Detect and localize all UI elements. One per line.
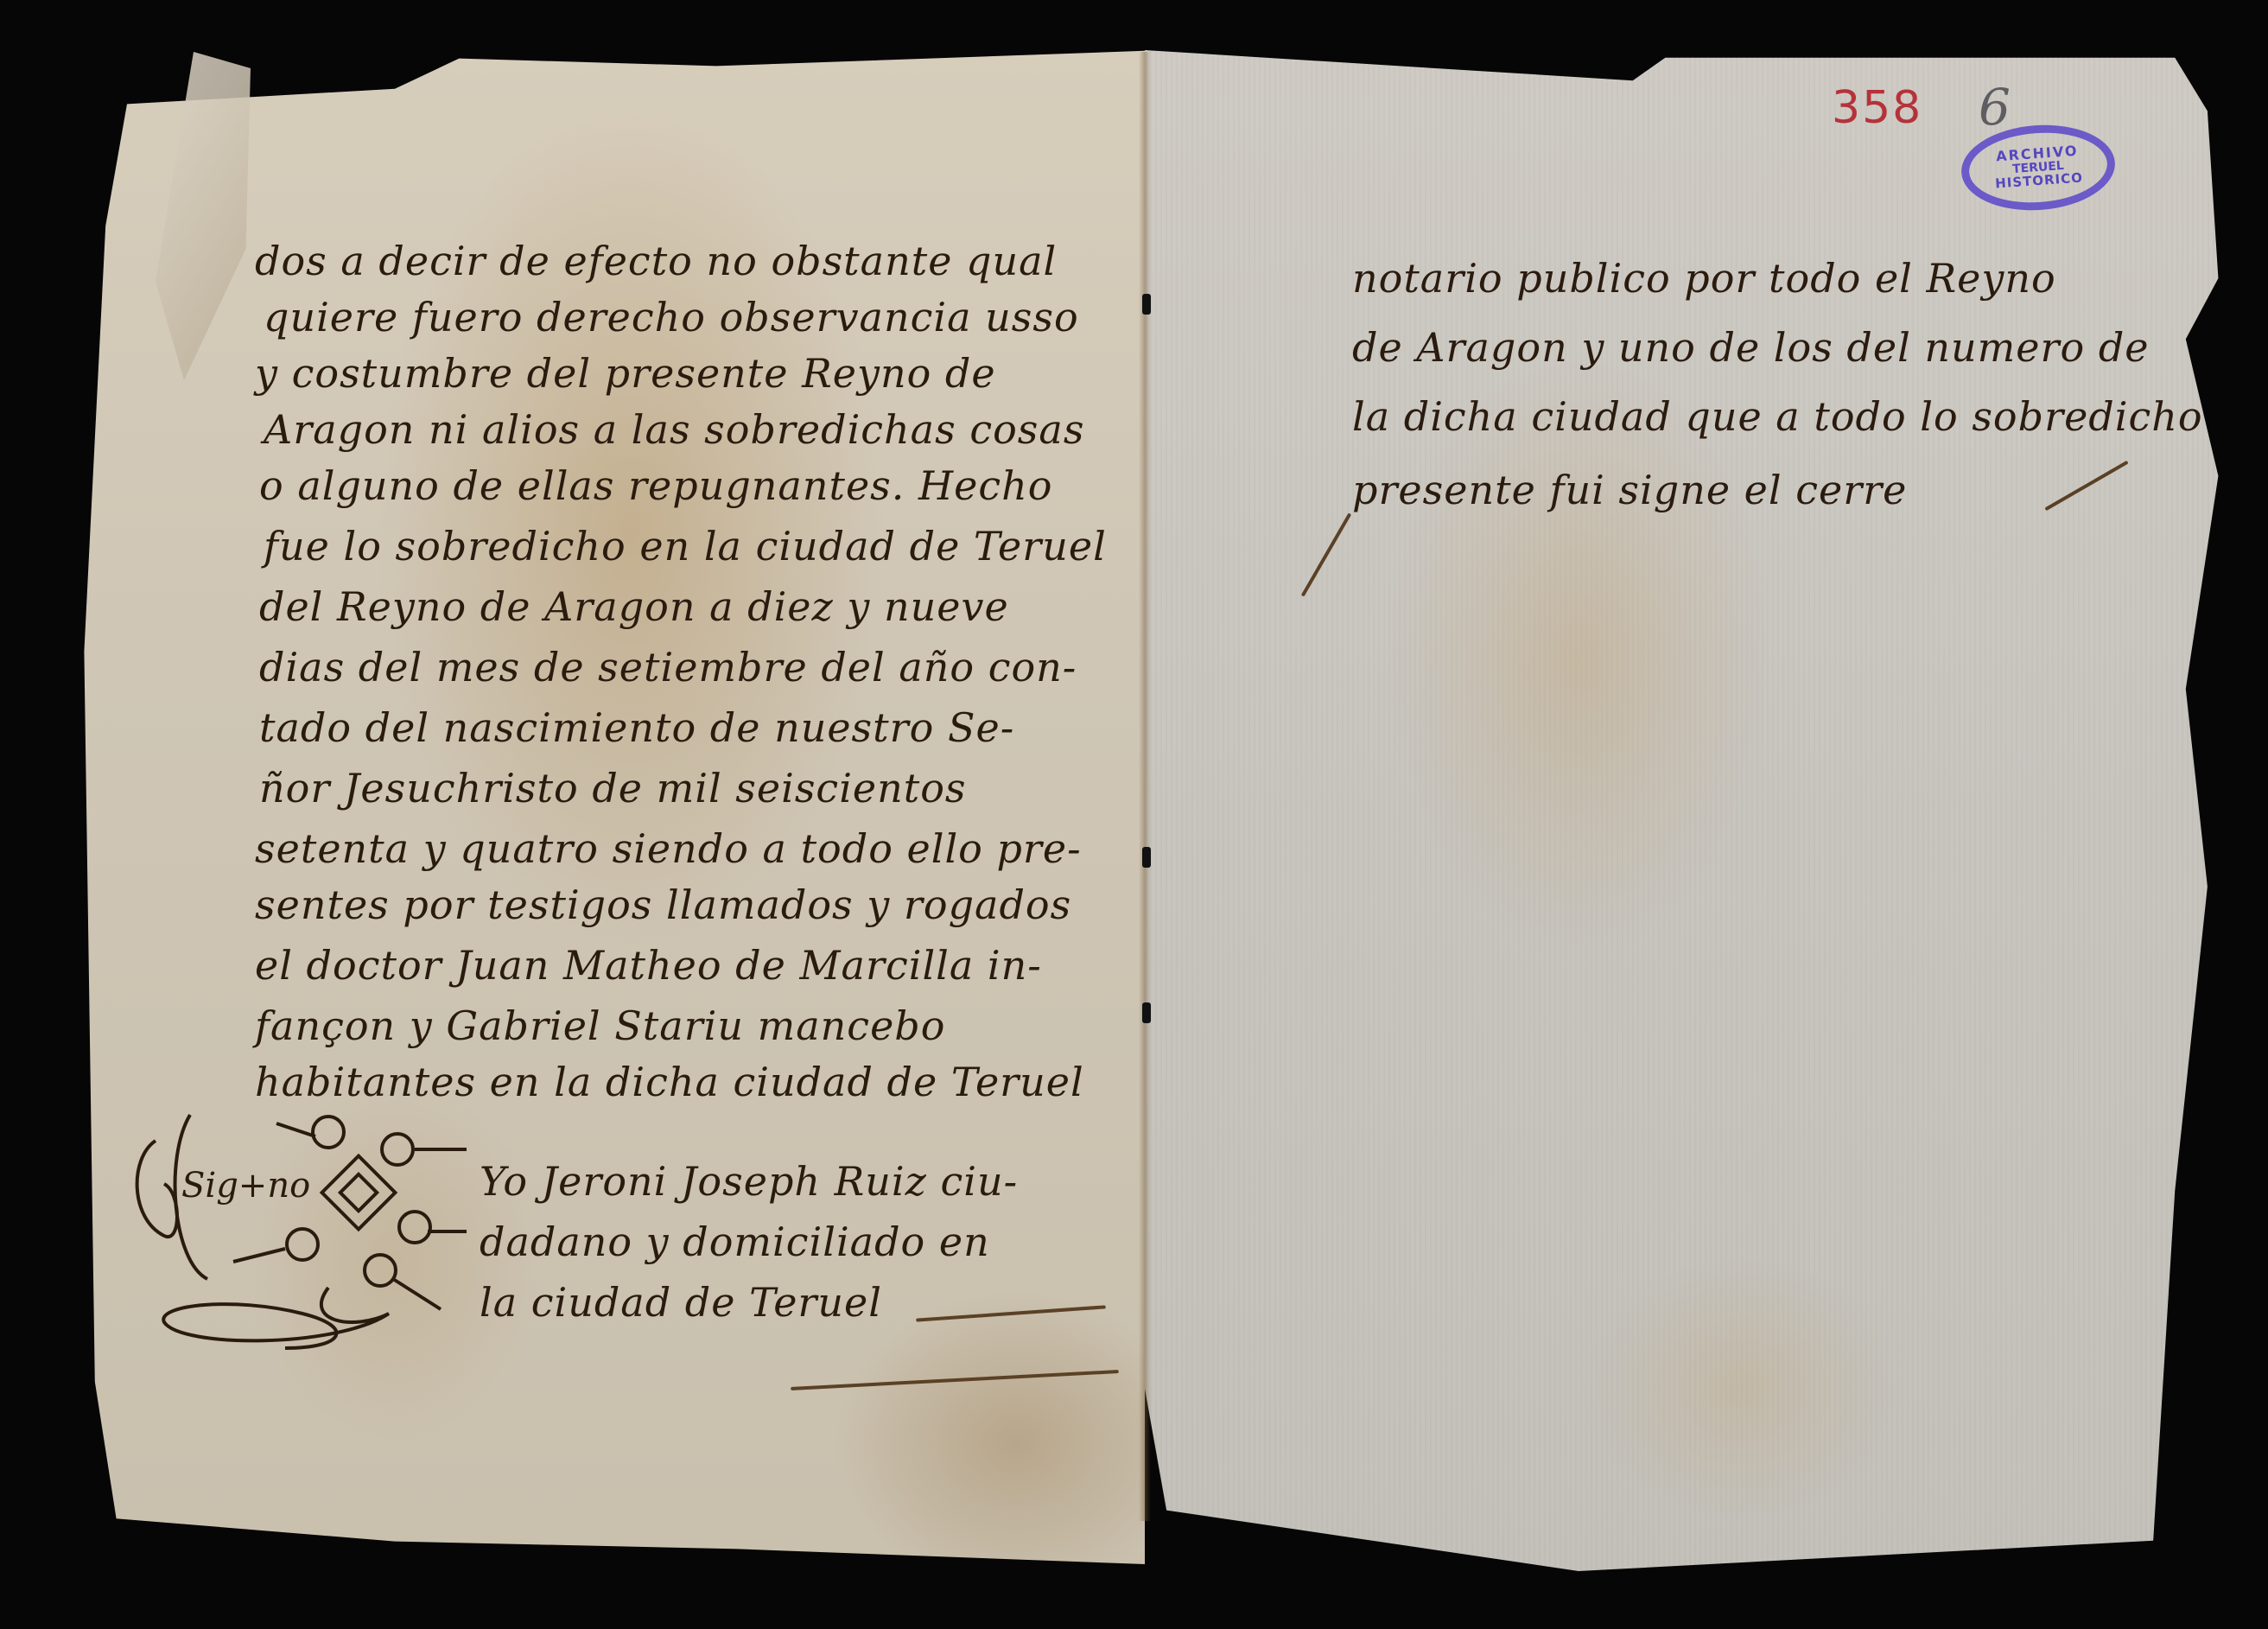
right-line-3: la dicha ciudad que a todo lo sobredicho [1352,393,2203,440]
left-line-11: setenta y quatro siendo a todo ello pre- [255,825,1082,872]
signature-line-3: la ciudad de Teruel [480,1279,882,1326]
notarial-signum-icon: Sig+no [130,1089,501,1374]
binding-hole [1142,294,1151,315]
pencil-folio-number: 6 [1979,78,2011,137]
left-line-4: Aragon ni alios a las sobredichas cosas [264,406,1084,453]
svg-text:Sig+no: Sig+no [181,1166,310,1206]
right-line-2: de Aragon y uno de los del numero de [1352,324,2150,371]
archive-number: 358 [1832,82,1922,134]
left-line-8: dias del mes de setiembre del año con- [259,644,1077,690]
left-line-12: sentes por testigos llamados y rogados [255,881,1071,928]
signature-line-1: Yo Jeroni Joseph Ruiz ciu- [480,1158,1018,1205]
left-line-6: fue lo sobredicho en la ciudad de Teruel [264,523,1107,570]
book-spine [1139,52,1151,1521]
scan-background: 358 6 ARCHIVO TERUEL HISTORICO dos a dec… [0,0,2268,1629]
right-line-4: presente fui signe el cerre [1352,467,1907,513]
left-line-13: el doctor Juan Matheo de Marcilla in- [255,942,1042,989]
binding-hole [1142,847,1151,868]
left-line-7: del Reyno de Aragon a diez y nueve [259,583,1009,630]
left-line-14: fançon y Gabriel Stariu mancebo [255,1002,945,1049]
left-line-3: y costumbre del presente Reyno de [255,350,996,397]
right-line-1: notario publico por todo el Reyno [1352,255,2056,302]
left-line-2: quiere fuero derecho observancia usso [264,294,1079,340]
stamp-line-3: HISTORICO [1995,171,2084,191]
left-line-10: ñor Jesuchristo de mil seiscientos [259,765,967,811]
signature-line-2: dadano y domiciliado en [480,1219,990,1265]
left-line-1: dos a decir de efecto no obstante qual [255,238,1057,284]
left-line-5: o alguno de ellas repugnantes. Hecho [259,462,1052,509]
binding-hole [1142,1002,1151,1023]
left-line-9: tado del nascimiento de nuestro Se- [259,704,1014,751]
